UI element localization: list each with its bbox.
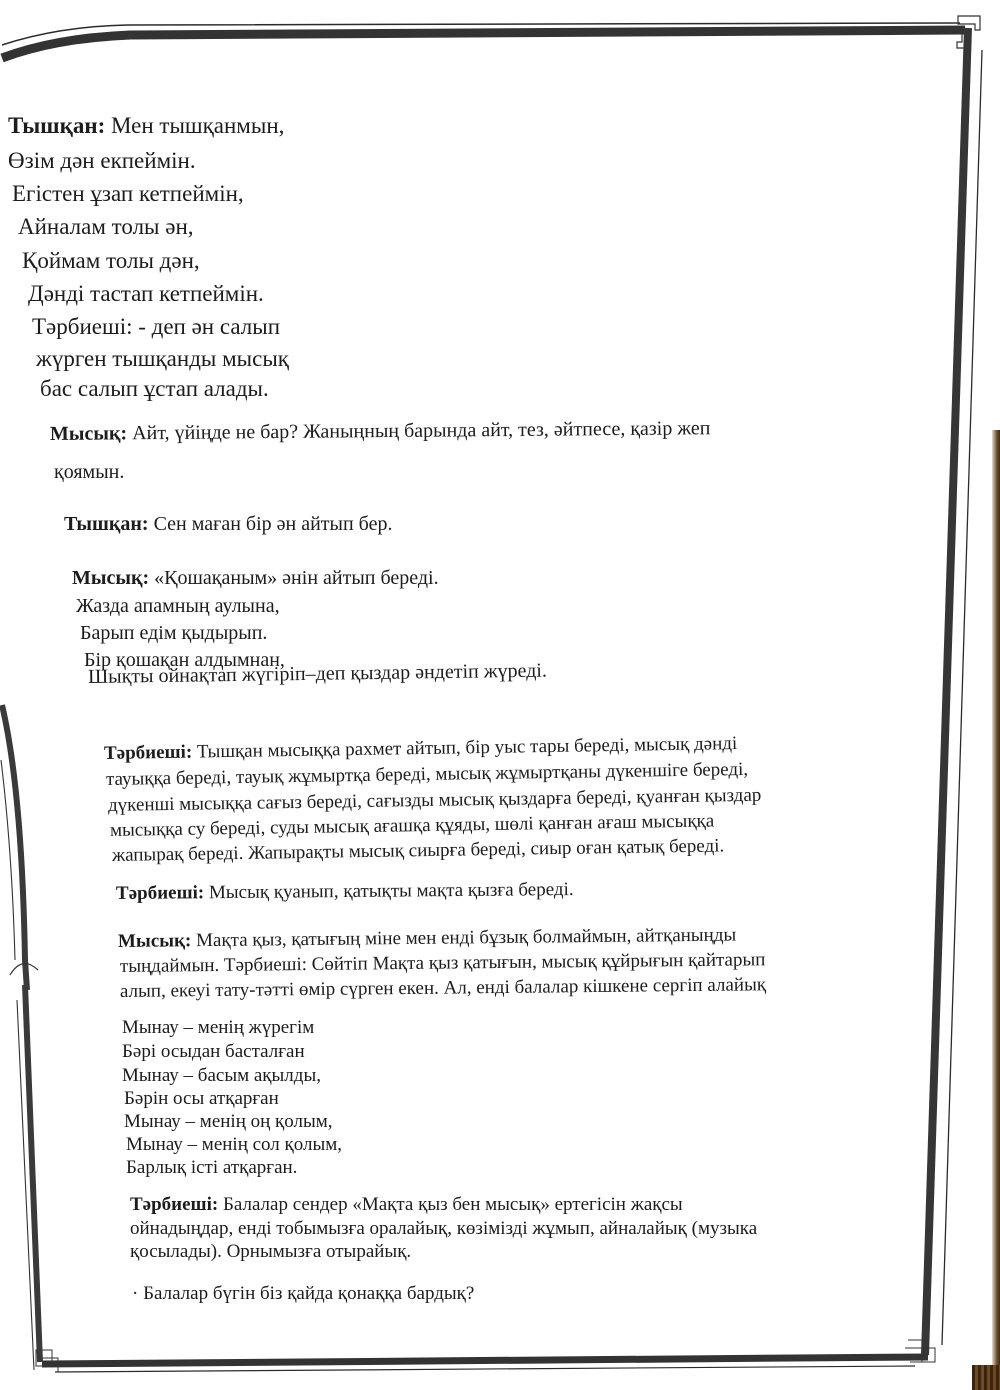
speaker-label: Мысық: [118, 930, 192, 952]
dialogue-text: Балалар сендер «Мақта қыз бен мысық» ерт… [223, 1194, 683, 1215]
paragraph-line: мысыққа су береді, суды мысық ағашқа құя… [110, 812, 715, 840]
page-edge-shadow [992, 430, 1000, 1380]
dialogue-text: Тышқан мысыққа рахмет айтып, бір уыс тар… [197, 733, 738, 762]
verse-line: Айналам толы ән, [18, 215, 194, 238]
paragraph-line: қосылады). Орнымызға отырайық. [130, 1242, 411, 1261]
paragraph-line: тауыққа береді, тауық жұмыртқа береді, м… [106, 760, 748, 789]
verse-line: Мынау – менің жүрегім [122, 1018, 314, 1037]
verse-line: Бәрін осы атқарған [124, 1089, 279, 1108]
paragraph-line: тыңдаймын. Тәрбиеші: Сөйтіп Мақта қыз қа… [120, 950, 766, 976]
verse-line: Барып едім қыдырып. [80, 623, 267, 643]
speaker-label: Тәрбиеші: [104, 742, 193, 764]
dialogue-text: Мысық қуанып, қатықты мақта қызға береді… [209, 879, 574, 903]
verse-line: Өзім дән екпеймін. [8, 149, 196, 172]
paragraph-line: ойнадыңдар, енді тобымызға оралайық, көз… [130, 1219, 757, 1238]
speaker-label: Тышқан: [8, 113, 105, 138]
verse-line: Егістен ұзап кетпеймін, [12, 182, 244, 205]
dialogue-text: Мақта қыз, қатығың міне мен енді бұзық б… [196, 925, 736, 952]
verse-line: Дәнді тастап кетпеймін. [28, 282, 264, 305]
verse-line: Мынау – менің оң қолым, [124, 1112, 333, 1131]
speaker-label: Тәрбиеші: [130, 1194, 218, 1215]
dialogue-text: Айт, үйіңде не бар? Жаныңның барында айт… [132, 417, 710, 444]
dialogue-line: Мысық: Мақта қыз, қатығың міне мен енді … [118, 926, 736, 951]
dialogue-text: Сен маған бір ән айтып бер. [154, 513, 393, 535]
dialogue-text: Мен тышқанмын, [111, 113, 284, 138]
verse-line: бас салып ұстап алады. [40, 377, 269, 400]
dialogue-line: Тәрбиеші: Мысық қуанып, қатықты мақта қы… [116, 880, 574, 903]
dialogue-line: Тышқан: Сен маған бір ән айтып бер. [64, 514, 392, 534]
verse-line: Қоймам толы дән, [22, 249, 200, 272]
paragraph-line: жапырақ береді. Жапырақты мысық сиырға б… [112, 836, 725, 865]
verse-line: Мынау – басым ақылды, [122, 1066, 321, 1085]
paragraph-line: алып, екеуі тату-тәтті өмір сүрген екен.… [120, 975, 766, 1001]
dialogue-line: Мысық: Айт, үйіңде не бар? Жаныңның бары… [50, 418, 711, 444]
verse-line: Бәрі осыдан басталған [122, 1042, 305, 1061]
verse-line: Тәрбиеші: - деп ән салып [32, 315, 280, 338]
dialogue-text: «Қошақаным» әнін айтып береді. [154, 567, 438, 589]
verse-line: жүрген тышқанды мысық [36, 347, 289, 370]
dialogue-line: Тәрбиеші: Тышқан мысыққа рахмет айтып, б… [104, 734, 738, 763]
verse-line: Барлық істі атқарған. [126, 1158, 297, 1177]
speaker-label: Мысық: [72, 567, 149, 589]
verse-line: Шықты ойнақтап жүгіріп–деп қыздар әндеті… [88, 661, 547, 687]
question-line: · Балалар бүгін біз қайда қонаққа бардық… [132, 1284, 474, 1303]
verse-line: Жазда апамның аулына, [76, 596, 280, 616]
speaker-label: Мысық: [50, 422, 127, 445]
dialogue-line: Тәрбиеші: Балалар сендер «Мақта қыз бен … [130, 1195, 683, 1214]
speaker-label: Тәрбиеші: [116, 882, 204, 904]
verse-line: Мынау – менің сол қолым, [126, 1135, 342, 1154]
dialogue-line: Мысық: «Қошақаным» әнін айтып береді. [72, 568, 439, 588]
speaker-label: Тышқан: [64, 513, 149, 535]
book-spine-edge [972, 1365, 1000, 1390]
dialogue-line: Тышқан: Мен тышқанмын, [8, 114, 284, 137]
page-border-frame [0, 0, 1000, 1390]
dialogue-continuation: қоямын. [54, 462, 124, 482]
